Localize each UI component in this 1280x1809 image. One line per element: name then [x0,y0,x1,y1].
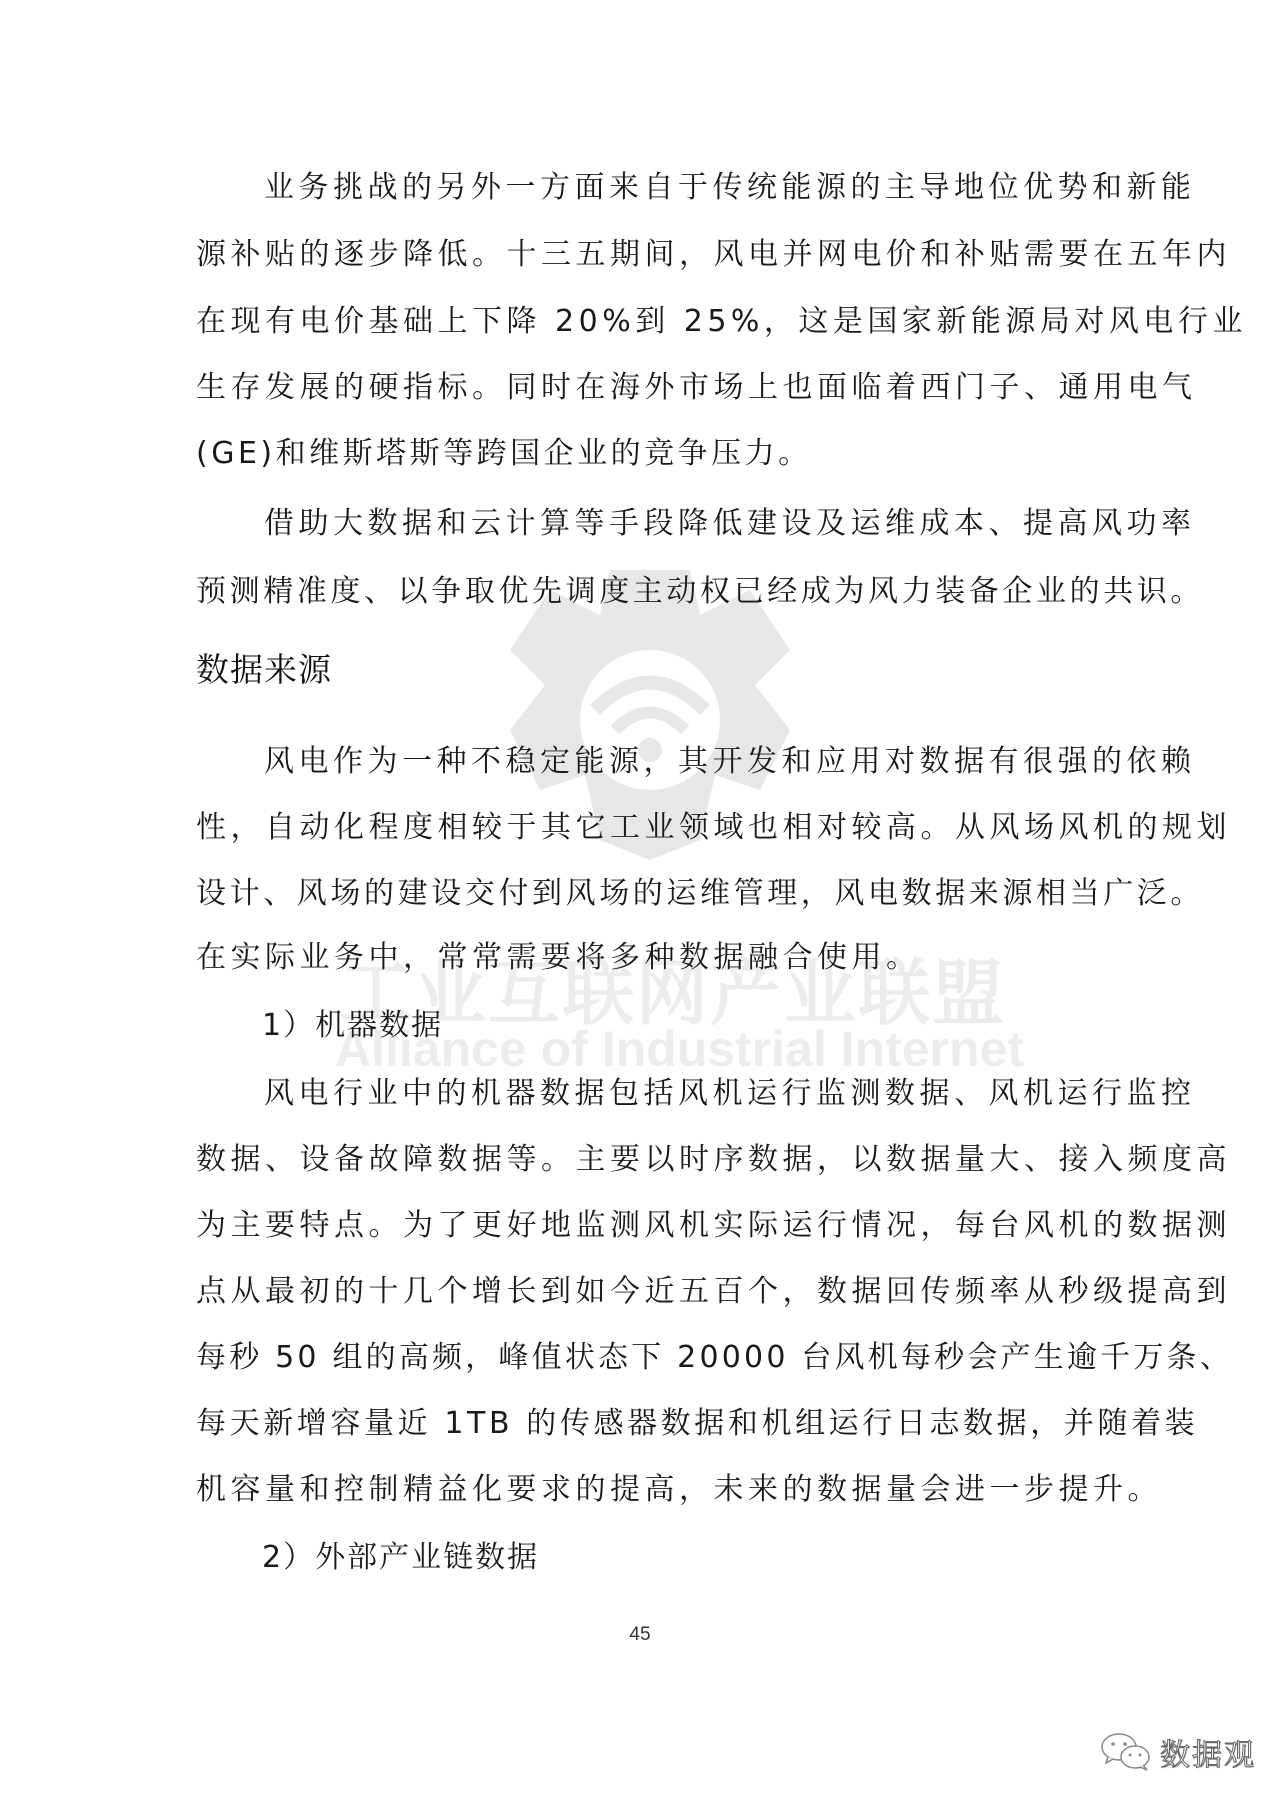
wechat-icon [1100,1732,1152,1772]
paragraph-4-line-3: 为主要特点。为了更好地监测风机实际运行情况，每台风机的数据测 [196,1206,1231,1246]
paragraph-1-line-5: (GE)和维斯塔斯等跨国企业的竞争压力。 [196,434,812,474]
paragraph-4-line-7: 机容量和控制精益化要求的提高，未来的数据量会进一步提升。 [196,1470,1162,1510]
list-item-external-chain-data: 2）外部产业链数据 [262,1538,539,1578]
paragraph-4-line-4: 点从最初的十几个增长到如今近五百个，数据回传频率从秒级提高到 [196,1272,1231,1312]
paragraph-1-line-2: 源补贴的逐步降低。十三五期间，风电并网电价和补贴需要在五年内 [196,235,1231,275]
paragraph-4-line-6: 每天新增容量近 1TB 的传感器数据和机组运行日志数据，并随着装 [196,1404,1198,1444]
brand-mark: 数据观 [1100,1730,1256,1774]
paragraph-1-line-1: 业务挑战的另外一方面来自于传统能源的主导地位优势和新能 [264,168,1196,208]
paragraph-4-line-5: 每秒 50 组的高频，峰值状态下 20000 台风机每秒会产生逾千万条、 [196,1338,1233,1378]
document-page: 工业互联网产业联盟 Alliance of Industrial Interne… [0,0,1280,1809]
paragraph-3-line-2: 性，自动化程度相较于其它工业领域也相对较高。从风场风机的规划 [196,808,1231,848]
brand-name: 数据观 [1160,1730,1256,1774]
page-number: 45 [0,1624,1280,1646]
paragraph-2-line-2: 预测精准度、以争取优先调度主动权已经成为风力装备企业的共识。 [196,572,1204,612]
section-heading: 数据来源 [196,650,332,690]
paragraph-4-line-2: 数据、设备故障数据等。主要以时序数据，以数据量大、接入频度高 [196,1140,1231,1180]
list-item-machine-data: 1）机器数据 [262,1006,443,1046]
paragraph-4-line-1: 风电行业中的机器数据包括风机运行监测数据、风机运行监控 [264,1074,1196,1114]
paragraph-3-line-1: 风电作为一种不稳定能源，其开发和应用对数据有很强的依赖 [264,742,1196,782]
paragraph-1-line-4: 生存发展的硬指标。同时在海外市场上也面临着西门子、通用电气 [196,368,1197,408]
paragraph-1-line-3: 在现有电价基础上下降 20%到 25%，这是国家新能源局对风电行业 [196,302,1247,342]
paragraph-2-line-1: 借助大数据和云计算等手段降低建设及运维成本、提高风功率 [264,504,1196,544]
paragraph-3-line-3: 设计、风场的建设交付到风场的运维管理，风电数据来源相当广泛。 [196,874,1204,914]
paragraph-3-line-4: 在实际业务中，常常需要将多种数据融合使用。 [196,938,921,978]
